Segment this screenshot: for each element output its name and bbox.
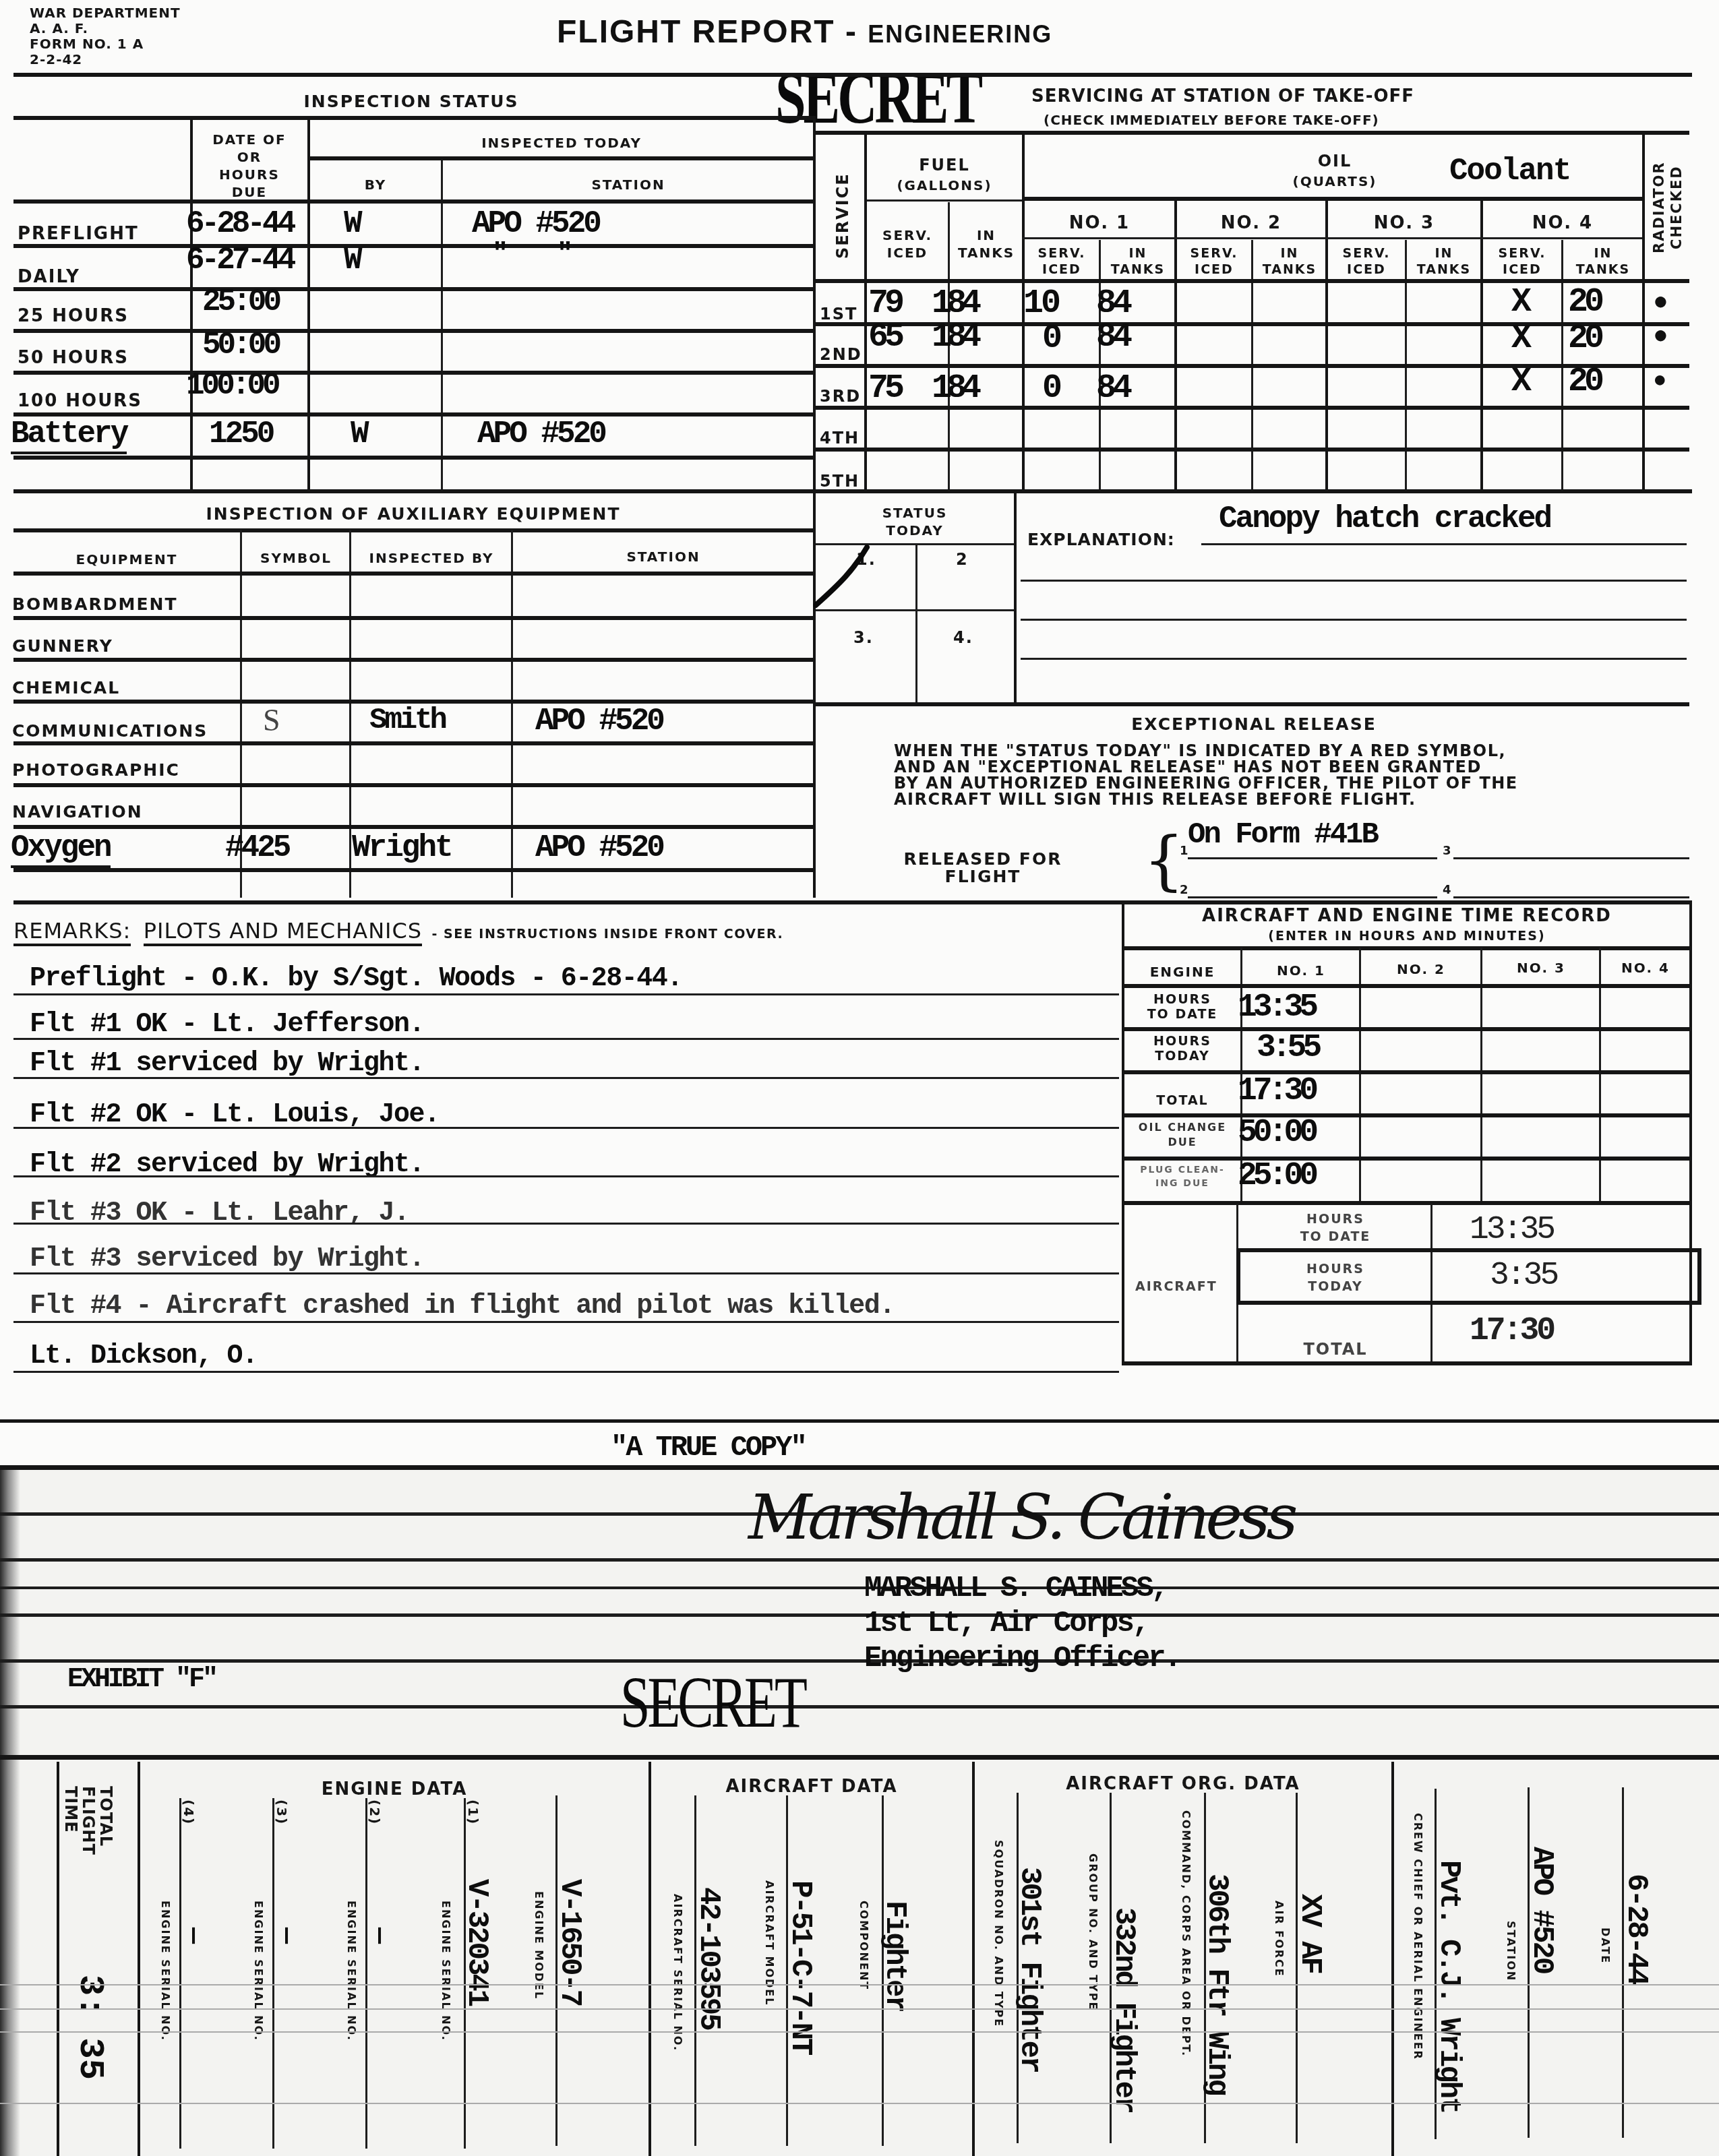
by-value[interactable]: W [344, 206, 363, 241]
remark-line[interactable]: Flt #3 serviced by Wright. [30, 1244, 424, 1274]
time-row-hours-to-date: HOURSTO DATE 13:35 [1124, 987, 1689, 1027]
status-diagonal-mark-icon [813, 543, 907, 611]
engine-no-3: NO. 3 [1328, 213, 1480, 233]
title-separator: - [845, 14, 857, 50]
org-data-title: AIRCRAFT ORG. DATA [975, 1774, 1391, 1794]
engine-serial-value[interactable]: — [178, 1928, 208, 1944]
engine-1-value[interactable]: 25:00 [1238, 1158, 1315, 1194]
col-service: SERVICE [833, 162, 852, 270]
engine-3-serial: (3) ENGINE SERIAL NO. — [252, 1799, 293, 2150]
servicing-subtitle: (CHECK IMMEDIATELY BEFORE TAKE-OFF) [1044, 112, 1379, 128]
aux-row-navigation: NAVIGATION [0, 786, 813, 828]
due-value[interactable]: 6-28-44 [186, 206, 293, 241]
group: GROUP NO. AND TYPE 332nd Fighter [1087, 1799, 1135, 2150]
time-row-plug-cleaning-due: PLUG CLEAN-ING DUE 25:00 [1124, 1159, 1689, 1197]
date: DATE 6-28-44 [1599, 1793, 1648, 2143]
secret-stamp-top: SECRET [775, 55, 980, 141]
fuel-serviced[interactable]: 65 [868, 318, 901, 357]
crew-chief-value[interactable]: Pvt. C.J. Wright [1432, 1860, 1466, 2112]
e3-serviced-header: SERV.ICED [1328, 245, 1405, 278]
crew-chief: CREW CHIEF OR AERIAL ENGINEER Pvt. C.J. … [1412, 1793, 1460, 2143]
e1-in-tanks-header: INTANKS [1102, 245, 1174, 278]
engine-2-serial: (2) ENGINE SERIAL NO. — [345, 1799, 386, 2150]
aux-row-bombardment: BOMBARDMENT [0, 574, 813, 616]
aircraft-hours-today-label: HOURSTODAY [1240, 1260, 1430, 1295]
date-value[interactable]: 6-28-44 [1619, 1874, 1653, 1984]
inspection-row-battery: Battery 1250 W APO #520 [0, 415, 813, 457]
remark-line[interactable]: Flt #2 OK - Lt. Louis, Joe. [30, 1100, 440, 1130]
fuel-header: FUEL (GALLONS) [867, 155, 1022, 195]
time-col-no3: NO. 3 [1483, 960, 1599, 976]
engine-no-2: NO. 2 [1177, 213, 1325, 233]
engine-1-serial: (1) ENGINE SERIAL NO. V-320341 [440, 1799, 487, 2150]
aircraft-model-value[interactable]: P-51-C-7-NT [783, 1880, 817, 2054]
engine-model: ENGINE MODEL V-1650-7 [533, 1799, 580, 2150]
servicing-title: SERVICING AT STATION OF TAKE-OFF [1031, 86, 1414, 106]
inspected-by-value[interactable]: Wright [352, 830, 452, 865]
by-value[interactable]: W [351, 417, 369, 452]
time-row-total: TOTAL 17:30 [1124, 1073, 1689, 1112]
engine-4-serial: (4) ENGINE SERIAL NO. — [159, 1799, 200, 2150]
e2-serviced-header: SERV.ICED [1177, 245, 1251, 278]
coolant-annotation: Coolant [1449, 154, 1570, 189]
aux-row-chemical: CHEMICAL [0, 660, 813, 702]
servicing-row-4th: 4TH [813, 408, 1689, 448]
due-value[interactable]: 6-27-44 [186, 243, 293, 278]
remark-line[interactable]: Flt #4 - Aircraft crashed in flight and … [30, 1291, 895, 1322]
station-value[interactable]: APO #520 [477, 417, 605, 452]
group-value[interactable]: 332nd Fighter [1107, 1907, 1141, 2112]
brace-icon: { [1143, 828, 1184, 892]
oil-header: OIL (QUARTS) [1267, 151, 1402, 191]
col-date-due: DATE OF OR HOURS DUE [193, 131, 306, 201]
aircraft-model: AIRCRAFT MODEL P-51-C-7-NT [763, 1799, 812, 2150]
engine-serial-value[interactable]: V-320341 [460, 1879, 493, 2005]
air-force-value[interactable]: XV AF [1293, 1894, 1327, 1973]
inspection-row-daily: DAILY 6-27-44 W " " [0, 247, 813, 288]
status-cell-3[interactable]: 3. [853, 628, 874, 647]
station: STATION APO #520 [1505, 1793, 1553, 2143]
total-flight-time-label: TOTALFLIGHTTIME [62, 1786, 115, 1855]
e4-in-tanks[interactable]: 20 [1568, 363, 1600, 401]
e4-serviced-header: SERV.ICED [1483, 245, 1561, 278]
aircraft-data-title: AIRCRAFT DATA [651, 1777, 972, 1797]
fuel-in-tanks[interactable]: 184 [932, 318, 976, 357]
col-inspected-today: INSPECTED TODAY [310, 135, 813, 151]
auxiliary-title: INSPECTION OF AUXILIARY EQUIPMENT [13, 504, 813, 524]
release-line-4[interactable] [1453, 896, 1689, 898]
time-row-hours-today: HOURSTODAY 3:55 [1124, 1030, 1689, 1068]
e4-serviced[interactable]: X [1511, 283, 1532, 321]
servicing-row-2nd: 2ND 65 184 0 84 X 20 ● [813, 325, 1689, 364]
release-line-1-value[interactable]: On Form #41B [1188, 818, 1377, 852]
aircraft-hours-to-date-label: HOURSTO DATE [1240, 1210, 1430, 1245]
time-record-title: AIRCRAFT AND ENGINE TIME RECORD (ENTER I… [1124, 906, 1689, 946]
servicing-row-5th: 5TH [813, 450, 1689, 489]
remarks-instruction: - SEE INSTRUCTIONS INSIDE FRONT COVER. [432, 927, 784, 942]
col-radiator-checked: RADIATORCHECKED [1650, 148, 1685, 267]
e3-in-tanks-header: INTANKS [1408, 245, 1480, 278]
release-line-2[interactable] [1188, 896, 1437, 898]
department-line: A. A. F. [30, 21, 181, 36]
station-value[interactable]: " " [492, 240, 589, 270]
due-value[interactable]: 100:00 [186, 368, 278, 403]
release-line-3[interactable] [1453, 857, 1689, 859]
squadron-value[interactable]: 301st Fighter [1013, 1867, 1046, 2072]
secret-stamp-bottom: SECRET [620, 1662, 805, 1745]
exceptional-release-title: EXCEPTIONAL RELEASE [816, 714, 1692, 734]
aircraft-total-label: TOTAL [1240, 1340, 1430, 1359]
officer-rank: 1st Lt, Air Corps, [864, 1607, 1148, 1640]
station-value[interactable]: APO #520 [535, 704, 663, 739]
time-col-engine: ENGINE [1124, 964, 1240, 980]
station-value[interactable]: APO #520 [535, 830, 663, 865]
aux-row-oxygen: Oxygen #425 Wright APO #520 [0, 828, 813, 869]
time-row-oil-change-due: OIL CHANGEDUE 50:00 [1124, 1116, 1689, 1154]
inspection-row-preflight: PREFLIGHT 6-28-44 W APO #520 [0, 202, 813, 244]
engine-1-value[interactable]: 50:00 [1238, 1115, 1315, 1151]
aux-row-photographic: PHOTOGRAPHIC [0, 744, 813, 786]
fuel-in-tanks-header: INTANKS [951, 226, 1022, 261]
e4-in-tanks[interactable]: 20 [1568, 319, 1600, 358]
col-station: STATION [444, 177, 813, 193]
status-today-title: STATUSTODAY [816, 504, 1014, 539]
due-value[interactable]: 25:00 [202, 284, 278, 319]
inspected-by-value[interactable]: Smith [369, 704, 445, 737]
fuel-in-tanks[interactable]: 184 [932, 369, 976, 408]
inspection-row-50-hours: 50 HOURS 50:00 [0, 332, 813, 373]
aircraft-total-value[interactable]: 17:30 [1470, 1313, 1553, 1349]
fuel-serviced-header: SERV.ICED [867, 226, 948, 261]
officer-name: MARSHALL S. CAINESS, [864, 1572, 1166, 1605]
engine-no-1: NO. 1 [1025, 213, 1174, 233]
title-sub: ENGINEERING [868, 20, 1052, 48]
time-col-no1: NO. 1 [1243, 962, 1359, 979]
status-cell-2[interactable]: 2 [956, 550, 969, 569]
aux-col-symbol: SYMBOL [243, 550, 349, 566]
inspection-row-100-hours: 100 HOURS 100:00 [0, 373, 813, 415]
fuel-in-tanks[interactable]: 184 [932, 284, 976, 323]
air-force: AIR FORCE XV AF [1273, 1799, 1321, 2150]
remark-line[interactable]: Flt #1 OK - Lt. Jefferson. [30, 1010, 424, 1040]
inspection-status-title: INSPECTION STATUS [189, 92, 634, 111]
engine-data-title: ENGINE DATA [140, 1779, 649, 1799]
engine-model-value[interactable]: V-1650-7 [553, 1879, 586, 2005]
symbol-value[interactable]: #425 [225, 830, 289, 865]
page-title: FLIGHT REPORT - ENGINEERING [557, 13, 1052, 51]
released-for-flight-label: RELEASED FORFLIGHT [888, 851, 1077, 886]
aircraft-serial: AIRCRAFT SERIAL NO. 42-103595 [671, 1799, 720, 2150]
inspection-row-25-hours: 25 HOURS 25:00 [0, 290, 813, 332]
pilots-mechanics-label: PILOTS AND MECHANICS [144, 918, 422, 946]
aircraft-label: AIRCRAFT [1135, 1279, 1217, 1294]
form-date: 2-2-42 [30, 52, 181, 67]
exhibit-label: EXHIBIT "F" [67, 1665, 216, 1695]
remark-line[interactable]: Preflight - O.K. by S/Sgt. Woods - 6-28-… [30, 964, 682, 994]
aux-row-gunnery: GUNNERY [0, 619, 813, 660]
e1-serviced[interactable]: 0 [1042, 319, 1062, 358]
engine-serial-value[interactable]: — [364, 1928, 394, 1944]
e4-serviced[interactable]: X [1511, 363, 1532, 401]
remark-line[interactable]: Lt. Dickson, O. [30, 1341, 258, 1372]
officer-position: Engineering Officer. [864, 1642, 1180, 1675]
symbol-value[interactable]: S [263, 702, 280, 738]
squadron: SQUADRON NO. AND TYPE 301st Fighter [992, 1799, 1041, 2150]
form-number: FORM NO. 1 A [30, 36, 181, 52]
aircraft-hours-to-date-value[interactable]: 13:35 [1470, 1212, 1553, 1248]
explanation-value[interactable]: Canopy hatch cracked [1219, 501, 1550, 536]
engine-serial-value[interactable]: — [271, 1928, 301, 1944]
radiator-checked-mark[interactable]: ● [1653, 367, 1667, 393]
station-value[interactable]: APO #520 [1525, 1847, 1559, 1973]
department-block: WAR DEPARTMENT A. A. F. FORM NO. 1 A 2-2… [30, 5, 181, 67]
servicing-row-3rd: 3RD 75 184 0 84 X 20 ● [813, 367, 1689, 406]
time-col-no4: NO. 4 [1602, 960, 1689, 976]
time-col-no2: NO. 2 [1362, 961, 1480, 977]
release-line-1[interactable] [1188, 857, 1437, 859]
aux-row-communications: COMMUNICATIONS S Smith APO #520 [0, 702, 813, 744]
aircraft-component: COMPONENT Fighter [857, 1799, 906, 2150]
e2-in-tanks-header: INTANKS [1254, 245, 1325, 278]
radiator-checked-mark[interactable]: ● [1653, 287, 1668, 316]
servicing-row-1st: 1ST 79 184 10 84 X 20 ● [813, 282, 1689, 324]
e1-in-tanks[interactable]: 84 [1096, 284, 1128, 323]
explanation-label: EXPLANATION: [1027, 530, 1175, 549]
station-value[interactable]: APO #520 [472, 206, 599, 241]
e1-in-tanks[interactable]: 84 [1096, 369, 1128, 408]
department-line: WAR DEPARTMENT [30, 5, 181, 21]
e1-serviced[interactable]: 0 [1042, 369, 1062, 408]
fuel-serviced[interactable]: 75 [868, 369, 901, 408]
status-cell-4[interactable]: 4. [953, 628, 973, 647]
e1-serviced[interactable]: 10 [1023, 284, 1058, 323]
e1-in-tanks[interactable]: 84 [1096, 318, 1128, 357]
aircraft-hours-today-value[interactable]: 3:35 [1490, 1258, 1557, 1294]
remarks-header: REMARKS: PILOTS AND MECHANICS - SEE INST… [13, 918, 783, 944]
by-value[interactable]: W [344, 243, 363, 278]
aux-col-station: STATION [514, 549, 813, 565]
fuel-serviced[interactable]: 79 [868, 284, 901, 323]
engine-1-value[interactable]: 17:30 [1238, 1073, 1315, 1109]
engine-1-value[interactable]: 13:35 [1238, 989, 1315, 1026]
e4-in-tanks-header: INTANKS [1564, 245, 1642, 278]
due-value[interactable]: 50:00 [202, 328, 278, 363]
due-value[interactable]: 1250 [209, 417, 272, 452]
exceptional-release-text: WHEN THE "STATUS TODAY" IS INDICATED BY … [894, 743, 1518, 807]
title-main: FLIGHT REPORT [557, 14, 835, 50]
total-flight-time-value[interactable]: 3: 35 [70, 1975, 110, 2080]
e1-serviced-header: SERV.ICED [1025, 245, 1099, 278]
officer-signature: Marshall S. Cainess [748, 1481, 1294, 1553]
e4-in-tanks[interactable]: 20 [1568, 283, 1600, 321]
aircraft-component-value[interactable]: Fighter [878, 1901, 911, 2011]
e4-serviced[interactable]: X [1511, 319, 1532, 358]
aux-col-equipment: EQUIPMENT [13, 551, 240, 567]
remark-line[interactable]: Flt #1 serviced by Wright. [30, 1049, 424, 1079]
command: COMMAND, CORPS AREA OR DEPT. 306th Ftr W… [1180, 1799, 1228, 2150]
aux-col-inspected-by: INSPECTED BY [352, 550, 511, 566]
remarks-label: REMARKS: [13, 918, 131, 946]
true-copy-label: "A TRUE COPY" [611, 1431, 806, 1464]
engine-no-4: NO. 4 [1483, 213, 1642, 233]
radiator-checked-mark[interactable]: ● [1653, 321, 1668, 350]
col-by: BY [310, 177, 441, 193]
engine-1-value[interactable]: 3:55 [1257, 1030, 1318, 1066]
